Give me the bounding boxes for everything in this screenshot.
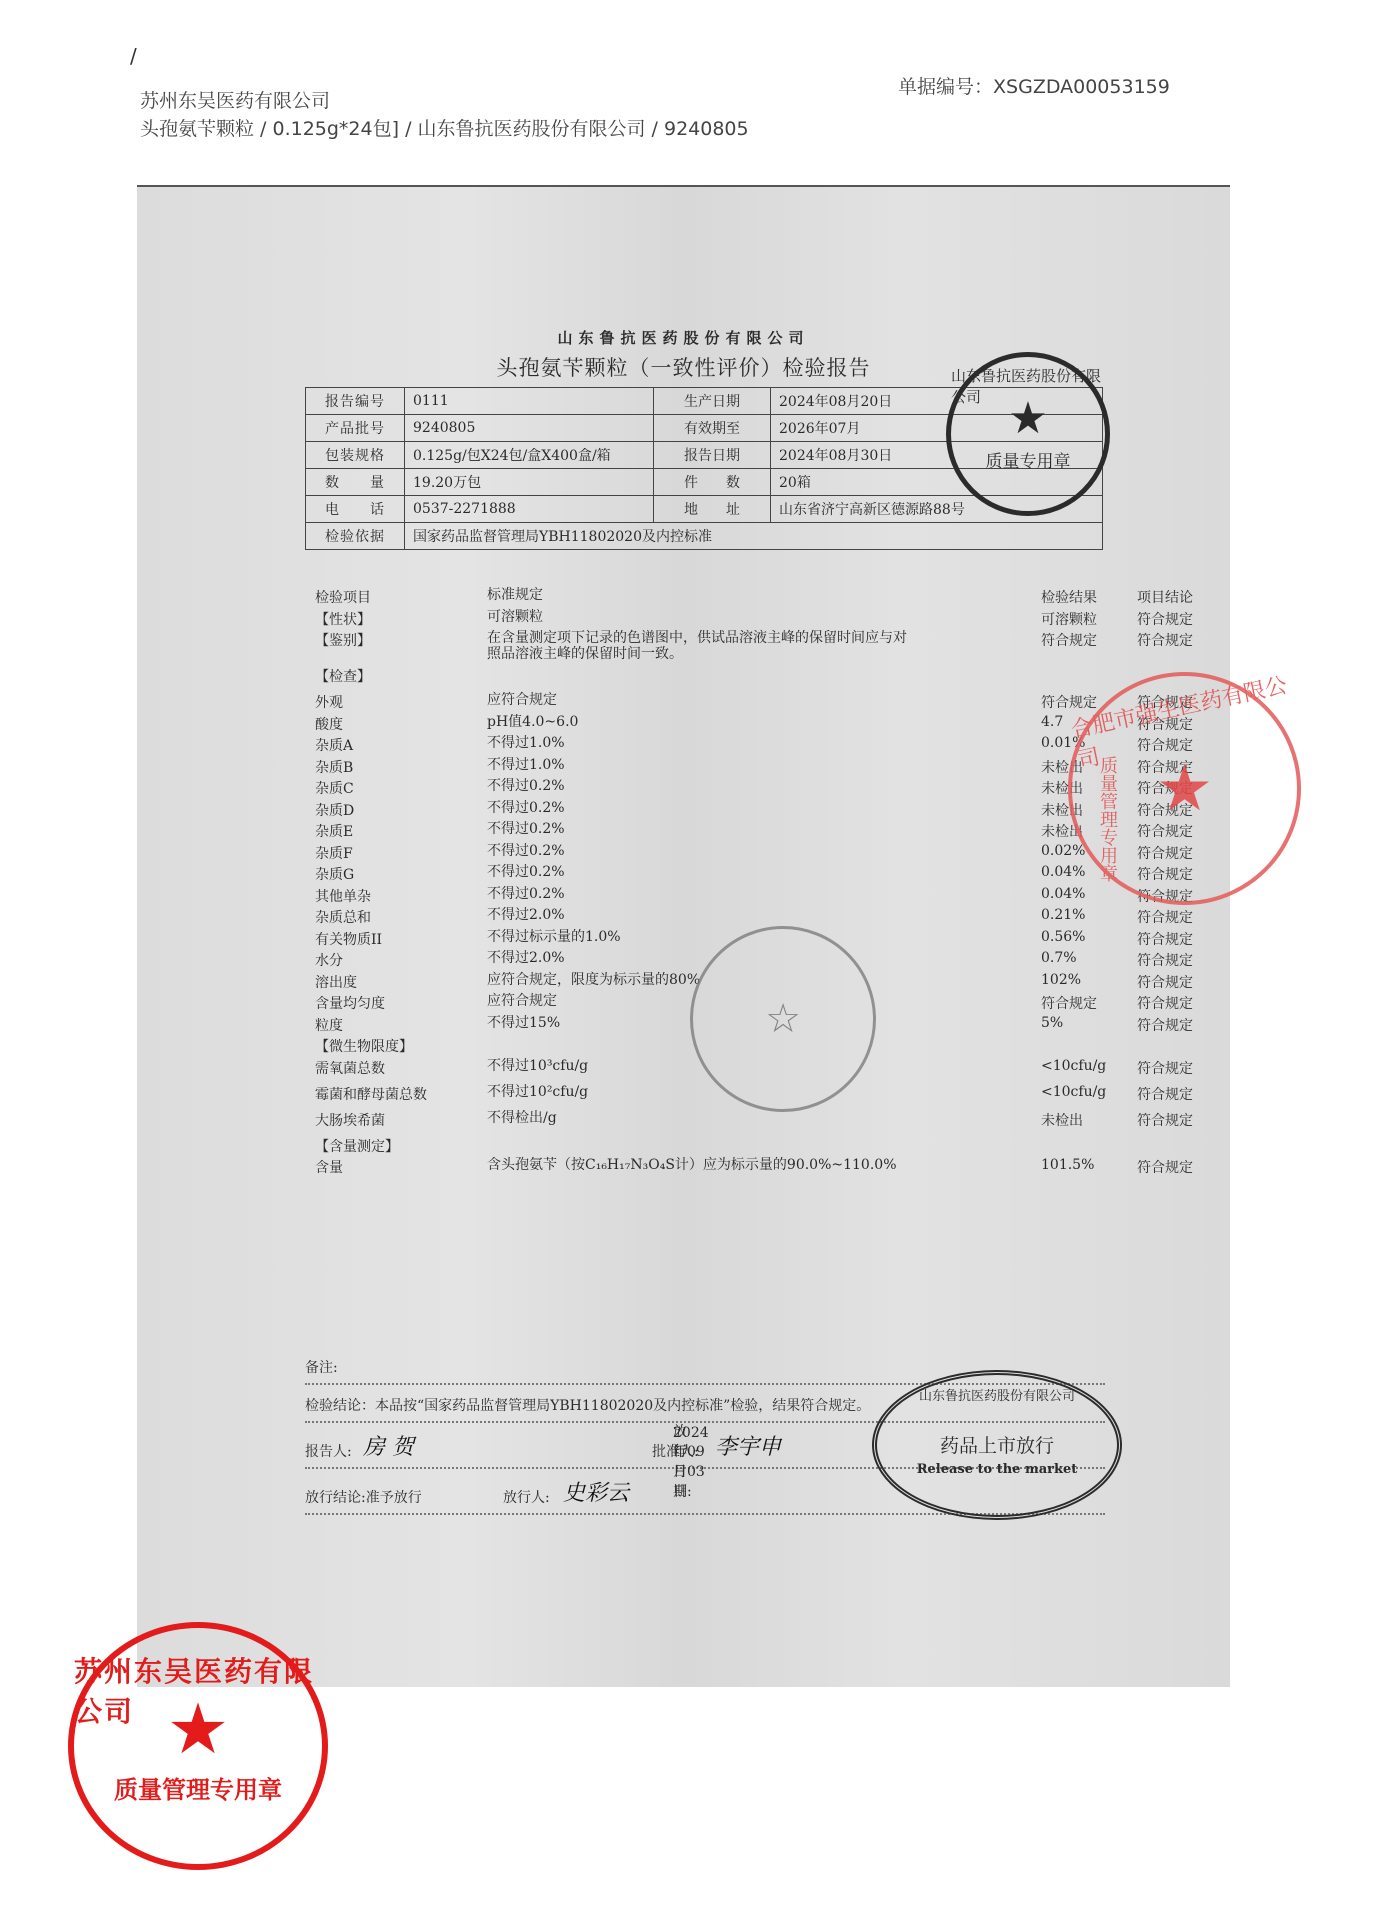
- test-result: 5%: [1041, 1015, 1063, 1031]
- info-label: 件 数: [654, 469, 771, 496]
- info-label: 报告编号: [306, 388, 405, 415]
- test-item: 水分: [315, 950, 343, 970]
- product-line: 头孢氨苄颗粒 / 0.125g*24包] / 山东鲁抗医药股份有限公司 / 92…: [140, 114, 749, 141]
- test-standard: 不得过0.2%: [487, 864, 917, 880]
- test-item: 外观: [315, 692, 343, 712]
- company-name: 苏州东吴医药有限公司: [140, 86, 330, 113]
- basis-value: 国家药品监督管理局YBH11802020及内控标准: [405, 523, 1103, 550]
- test-standard: 不得过1.0%: [487, 735, 917, 751]
- test-item: 【性状】: [315, 609, 371, 629]
- tests-header: 检验项目 标准规定 检验结果 项目结论: [315, 587, 1215, 609]
- star-icon: ☆: [765, 999, 801, 1039]
- test-conclusion: 符合规定: [1137, 907, 1193, 927]
- test-item: 其他单杂: [315, 886, 371, 906]
- test-item: 含量均匀度: [315, 993, 385, 1013]
- test-conclusion: 符合规定: [1137, 993, 1193, 1013]
- info-label: 生产日期: [654, 388, 771, 415]
- test-item: 杂质D: [315, 800, 354, 820]
- test-standard: 不得过标示量的1.0%: [487, 929, 917, 945]
- test-result: 可溶颗粒: [1041, 609, 1097, 629]
- test-item: 大肠埃希菌: [315, 1110, 385, 1130]
- test-result: <10cfu/g: [1041, 1084, 1106, 1100]
- test-row: 【鉴别】在含量测定项下记录的色谱图中，供试品溶液主峰的保留时间应与对照品溶液主峰…: [315, 630, 1215, 666]
- info-label: 数 量: [306, 469, 405, 496]
- test-standard: 不得检出/g: [487, 1110, 917, 1126]
- test-row: 杂质总和不得过2.0%0.21%符合规定: [315, 907, 1215, 929]
- test-result: 0.02%: [1041, 843, 1085, 859]
- test-item: 杂质B: [315, 757, 353, 777]
- info-label: 包装规格: [306, 442, 405, 469]
- test-conclusion: 符合规定: [1137, 630, 1193, 650]
- test-item: 霉菌和酵母菌总数: [315, 1084, 427, 1104]
- document-number-value: XSGZDA00053159: [993, 76, 1170, 98]
- document-number-label: 单据编号：: [898, 76, 993, 98]
- test-item: 【鉴别】: [315, 630, 371, 650]
- releaser-label: 放行人:: [503, 1487, 550, 1507]
- test-result: 101.5%: [1041, 1157, 1094, 1173]
- test-item: 杂质F: [315, 843, 353, 863]
- test-conclusion: 符合规定: [1137, 972, 1193, 992]
- stamp-ring-text: 苏州东吴医药有限公司: [74, 1650, 322, 1730]
- info-value: 9240805: [405, 415, 654, 442]
- test-conclusion: 符合规定: [1137, 929, 1193, 949]
- test-result: 0.04%: [1041, 886, 1085, 902]
- test-standard: 不得过0.2%: [487, 886, 917, 902]
- test-conclusion: 符合规定: [1137, 1084, 1193, 1104]
- test-result: 4.7: [1041, 714, 1063, 730]
- document-number: 单据编号：XSGZDA00053159: [898, 72, 1170, 99]
- test-result: 符合规定: [1041, 630, 1097, 650]
- stamp-bottom-text: 质量管理专用章: [114, 1770, 282, 1805]
- test-conclusion: 符合规定: [1137, 1058, 1193, 1078]
- test-item: 杂质E: [315, 821, 353, 841]
- test-standard: 不得过10²cfu/g: [487, 1084, 917, 1100]
- faded-stamp: ☆: [690, 926, 876, 1112]
- test-result: 0.21%: [1041, 907, 1085, 923]
- releaser-signature: 史彩云: [563, 1476, 629, 1507]
- test-result: 未检出: [1041, 1110, 1083, 1130]
- test-row: 大肠埃希菌不得检出/g未检出符合规定: [315, 1110, 1215, 1136]
- test-item: 有关物质II: [315, 929, 382, 949]
- test-item: 杂质A: [315, 735, 353, 755]
- test-standard: pH值4.0~6.0: [487, 714, 917, 730]
- col-item: 检验项目: [315, 587, 371, 607]
- info-label: 电 话: [306, 496, 405, 523]
- hefei-quality-stamp: 合肥市强生医药有限公司 质量管理专用章 ★: [1068, 672, 1301, 905]
- test-conclusion: 符合规定: [1137, 1015, 1193, 1035]
- release-conclusion: 放行结论:准予放行: [305, 1487, 422, 1507]
- test-result: 0.56%: [1041, 929, 1085, 945]
- scan-mark: /: [130, 44, 137, 68]
- info-value: 19.20万包: [405, 469, 654, 496]
- info-value: 0537-2271888: [405, 496, 654, 523]
- star-icon: ★: [1156, 757, 1213, 821]
- quality-stamp: 山东鲁抗医药股份有限公司 ★ 质量专用章: [946, 352, 1110, 516]
- test-row: 杂质G不得过0.2%0.04%符合规定: [315, 864, 1215, 886]
- stamp-ring-text: 山东鲁抗医药股份有限公司: [919, 1385, 1075, 1404]
- test-item: 【检查】: [315, 666, 371, 686]
- col-conclusion: 项目结论: [1137, 587, 1193, 607]
- test-item: 杂质G: [315, 864, 354, 884]
- test-result: 0.7%: [1041, 950, 1077, 966]
- test-row: 杂质F不得过0.2%0.02%符合规定: [315, 843, 1215, 865]
- info-label: 有效期至: [654, 415, 771, 442]
- test-result: <10cfu/g: [1041, 1058, 1106, 1074]
- info-value: 0111: [405, 388, 654, 415]
- stamp-ring-text: 山东鲁抗医药股份有限公司: [951, 365, 1105, 407]
- info-label: 产品批号: [306, 415, 405, 442]
- test-standard: 在含量测定项下记录的色谱图中，供试品溶液主峰的保留时间应与对照品溶液主峰的保留时…: [487, 630, 917, 662]
- suzhou-quality-stamp: 苏州东吴医药有限公司 ★ 质量管理专用章: [68, 1622, 328, 1870]
- test-item: 溶出度: [315, 972, 357, 992]
- test-conclusion: 符合规定: [1137, 1110, 1193, 1130]
- test-item: 杂质C: [315, 778, 354, 798]
- test-row: 【含量测定】: [315, 1136, 1215, 1158]
- test-standard: 应符合规定: [487, 692, 917, 708]
- basis-row: 检验依据 国家药品监督管理局YBH11802020及内控标准: [306, 523, 1103, 550]
- reporter-label: 报告人:: [305, 1441, 352, 1461]
- test-standard: 可溶颗粒: [487, 609, 917, 625]
- test-conclusion: 符合规定: [1137, 1157, 1193, 1177]
- info-label: 地 址: [654, 496, 771, 523]
- stamp-release-cn: 药品上市放行: [940, 1431, 1054, 1458]
- market-release-stamp: 山东鲁抗医药股份有限公司 药品上市放行 Release to the marke…: [872, 1370, 1122, 1520]
- test-result: 102%: [1041, 972, 1081, 988]
- test-standard: 不得过0.2%: [487, 821, 917, 837]
- test-standard: 不得过2.0%: [487, 907, 917, 923]
- test-item: 【微生物限度】: [315, 1036, 413, 1056]
- info-value: 0.125g/包X24包/盒X400盒/箱: [405, 442, 654, 469]
- test-conclusion: 符合规定: [1137, 950, 1193, 970]
- test-result: 0.04%: [1041, 864, 1085, 880]
- remarks-label: 备注:: [305, 1357, 338, 1377]
- test-standard: 不得过0.2%: [487, 778, 917, 794]
- test-standard: 不得过0.2%: [487, 800, 917, 816]
- test-item: 杂质总和: [315, 907, 371, 927]
- report-company: 山东鲁抗医药股份有限公司: [137, 327, 1230, 348]
- approver-signature: 李宇申: [715, 1430, 781, 1461]
- test-row: 含量含头孢氨苄（按C₁₆H₁₇N₃O₄S计）应为标示量的90.0%~110.0%…: [315, 1157, 1215, 1193]
- stamp-inner-text: 质量管理专用章: [1094, 756, 1120, 882]
- inspection-conclusion: 检验结论：本品按“国家药品监督管理局YBH11802020及内控标准”检验，结果…: [305, 1395, 870, 1415]
- stamp-release-en: Release to the market: [917, 1462, 1078, 1477]
- col-standard: 标准规定: [487, 587, 917, 603]
- test-row: 【检查】: [315, 666, 1215, 692]
- test-conclusion: 符合规定: [1137, 609, 1193, 629]
- test-row: 外观应符合规定符合规定符合规定: [315, 692, 1215, 714]
- test-item: 含量: [315, 1157, 343, 1177]
- test-standard: 不得过1.0%: [487, 757, 917, 773]
- test-result: 符合规定: [1041, 993, 1097, 1013]
- info-label: 报告日期: [654, 442, 771, 469]
- test-row: 【性状】可溶颗粒可溶颗粒符合规定: [315, 609, 1215, 631]
- test-item: 粒度: [315, 1015, 343, 1035]
- col-result: 检验结果: [1041, 587, 1097, 607]
- basis-label: 检验依据: [306, 523, 405, 550]
- reporter-signature: 房 贺: [363, 1430, 414, 1461]
- test-item: 酸度: [315, 714, 343, 734]
- test-standard: 不得过0.2%: [487, 843, 917, 859]
- stamp-bottom-text: 质量专用章: [986, 447, 1071, 472]
- test-standard: 含头孢氨苄（按C₁₆H₁₇N₃O₄S计）应为标示量的90.0%~110.0%: [487, 1157, 917, 1173]
- test-item: 【含量测定】: [315, 1136, 399, 1156]
- test-row: 其他单杂不得过0.2%0.04%符合规定: [315, 886, 1215, 908]
- test-item: 需氧菌总数: [315, 1058, 385, 1078]
